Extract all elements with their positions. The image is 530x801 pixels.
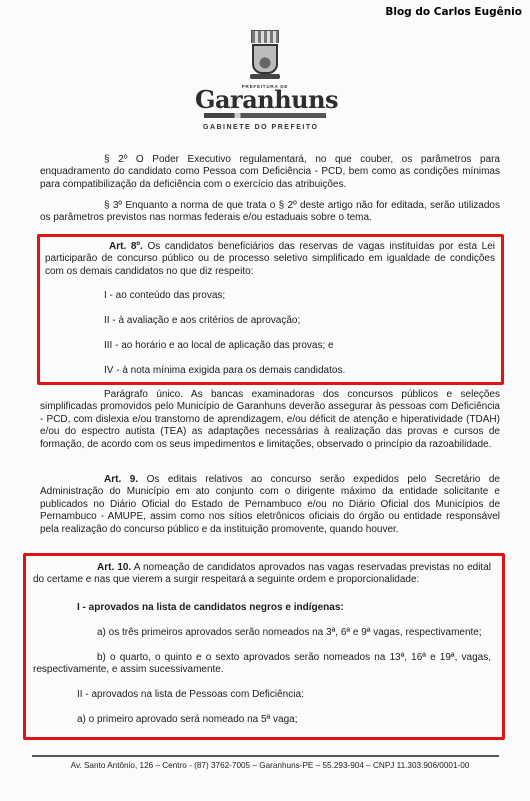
paragraph-3: § 3º Enquanto a norma de que trata o § 2… bbox=[40, 200, 500, 225]
prefeitura-logo: PREFEITURA DE Garanhuns GABINETE DO PREF… bbox=[195, 30, 335, 140]
article-8-item-4: IV - à nota mínima exigida para os demai… bbox=[104, 365, 345, 377]
article-8: Art. 8º. Os candidatos beneficiários das… bbox=[45, 241, 495, 278]
article-10-item-1b: b) o quarto, o quinto e o sexto aprovado… bbox=[33, 652, 491, 677]
article-9-label: Art. 9. bbox=[104, 474, 138, 485]
article-10-item-2: II - aprovados na lista de Pessoas com D… bbox=[77, 689, 304, 701]
paragraph-2: § 2º O Poder Executivo regulamentará, no… bbox=[40, 154, 500, 191]
coat-of-arms-icon bbox=[250, 30, 280, 80]
article-9: Art. 9. Os editais relativos ao concurso… bbox=[40, 474, 500, 536]
blog-watermark: Blog do Carlos Eugênio bbox=[385, 6, 522, 18]
article-8-item-2: II - à avaliação e aos critérios de apro… bbox=[104, 315, 300, 327]
article-10-item-1a: a) os três primeiros aprovados serão nom… bbox=[33, 627, 491, 639]
footer-divider bbox=[32, 755, 499, 757]
article-10-item-2a: a) o primeiro aprovado será nomeado na 5… bbox=[77, 714, 298, 726]
article-8-label: Art. 8º. bbox=[109, 241, 143, 252]
city-name: Garanhuns bbox=[195, 89, 335, 111]
article-10-item-1: I - aprovados na lista de candidatos neg… bbox=[77, 602, 344, 614]
department-label: GABINETE DO PREFEITO bbox=[195, 124, 335, 131]
article-8-item-3: III - ao horário e ao local de aplicação… bbox=[104, 340, 334, 352]
article-10: Art. 10. A nomeação de candidatos aprova… bbox=[33, 562, 491, 587]
footer-address: Av. Santo Antônio, 126 – Centro - (87) 3… bbox=[40, 761, 500, 770]
article-8-item-1: I - ao conteúdo das provas; bbox=[104, 290, 225, 302]
article-10-label: Art. 10. bbox=[97, 562, 131, 573]
paragrafo-unico: Parágrafo único. As bancas examinadoras … bbox=[40, 389, 500, 451]
